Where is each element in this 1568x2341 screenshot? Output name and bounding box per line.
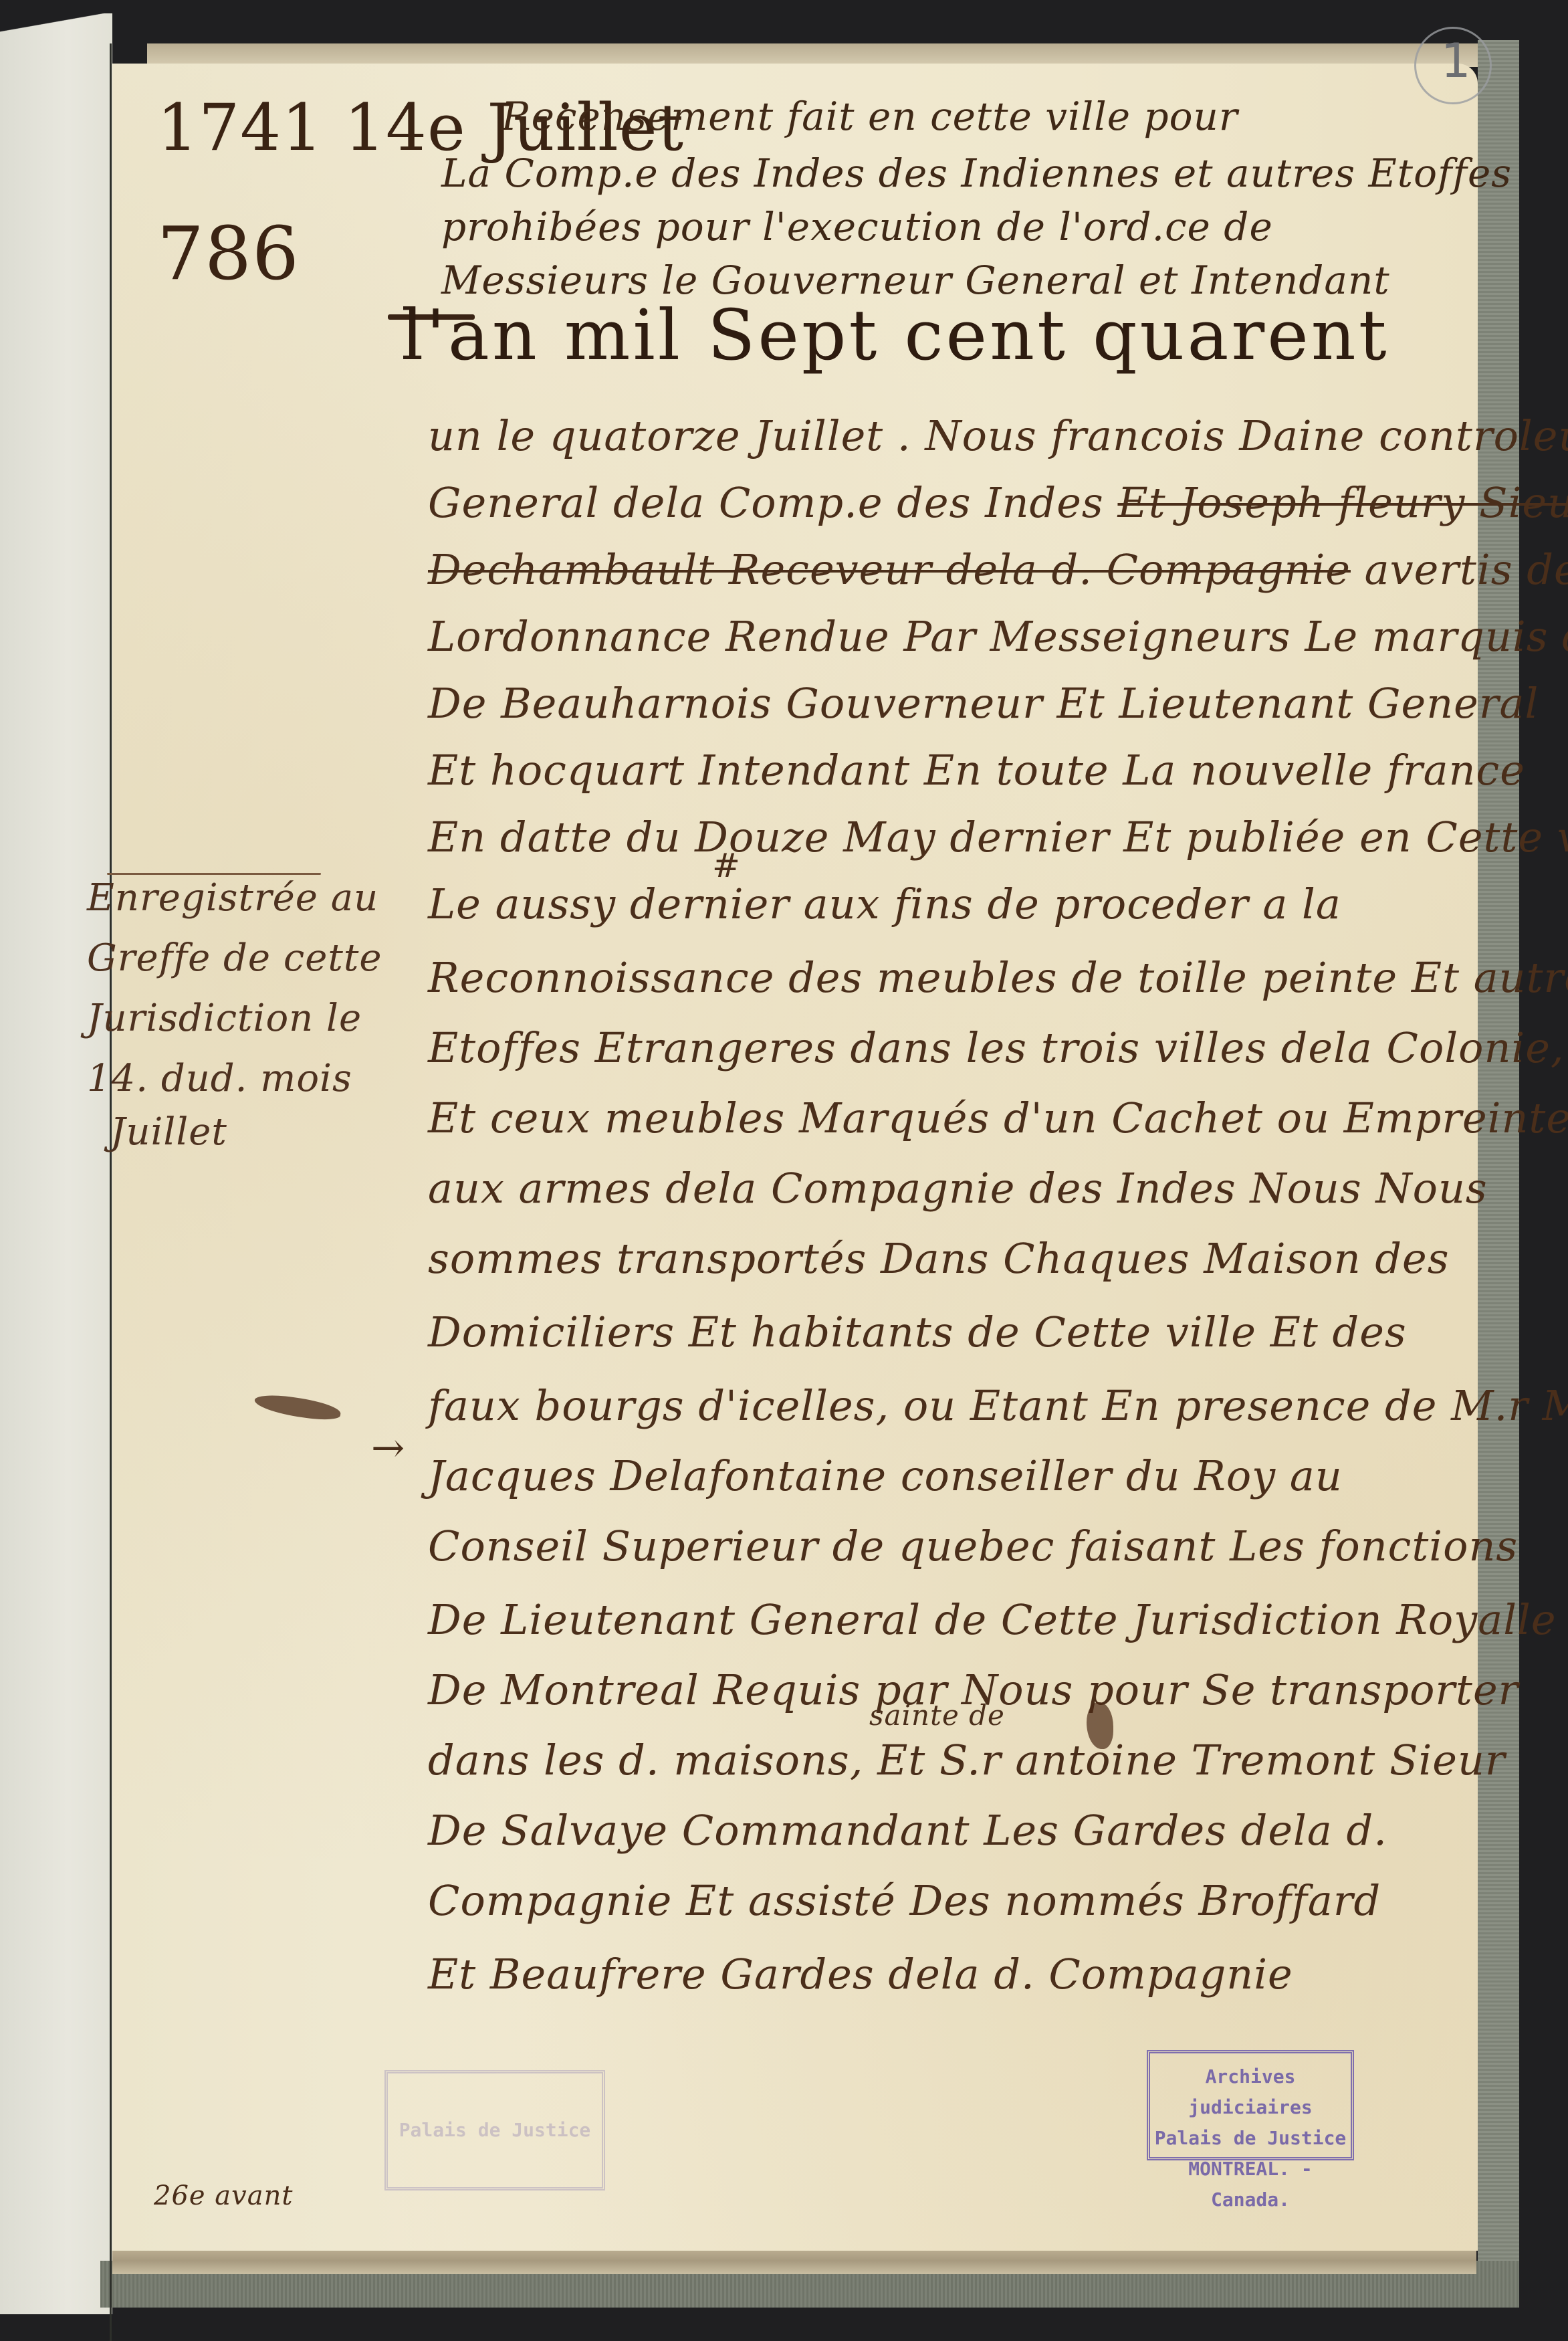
body-line: sommes transportés Dans Chaques Maison d… [428, 1234, 1450, 1283]
margin-note-line: Juillet [110, 1110, 227, 1154]
page-stack-edge-bottom [112, 2247, 1476, 2274]
body-line: Le aussy dernier aux fins de proceder a … [428, 880, 1341, 928]
body-line: aux armes dela Compagnie des Indes Nous … [428, 1164, 1488, 1213]
body-line: De Beauharnois Gouverneur Et Lieutenant … [428, 679, 1539, 728]
body-line: Jacques Delafontaine conseiller du Roy a… [428, 1451, 1343, 1500]
document-title: l'an mil Sept cent quarent [401, 294, 1389, 376]
stamp-line: MONTREAL. - Canada. [1150, 2154, 1351, 2215]
margin-note-rule [107, 873, 321, 875]
body-line: Conseil Superieur de quebec faisant Les … [428, 1522, 1518, 1570]
body-line: De Salvaye Commandant Les Gardes dela d. [428, 1806, 1387, 1855]
margin-note-line: 14. dud. mois [87, 1057, 352, 1100]
body-line: Et hocquart Intendant En toute La nouvel… [428, 746, 1525, 795]
body-line: En datte du Douze May dernier Et publiée… [428, 813, 1568, 861]
archives-stamp: Archives judiciaires Palais de Justice M… [1147, 2050, 1354, 2160]
register-number: 786 [157, 211, 300, 296]
body-line: Lordonnance Rendue Par Messeigneurs Le m… [428, 612, 1568, 661]
body-line: Et ceux meubles Marqués d'un Cachet ou E… [428, 1094, 1568, 1142]
body-line: General dela Comp.e des Indes Et Joseph … [428, 478, 1568, 527]
body-line: faux bourgs d'icelles, ou Etant En prese… [428, 1381, 1568, 1430]
body-line: De Lieutenant General de Cette Jurisdict… [428, 1595, 1557, 1644]
body-line: Etoffes Etrangeres dans les trois villes… [428, 1023, 1565, 1072]
faint-stamp-offset: Palais de Justice [384, 2070, 605, 2191]
header-line: La Comp.e des Indes des Indiennes et aut… [441, 150, 1512, 196]
body-line: Domiciliers Et habitants de Cette ville … [428, 1308, 1407, 1356]
arrow-mark-icon: → [371, 1425, 405, 1471]
body-line: Dechambault Receveur dela d. Compagnie a… [428, 545, 1568, 594]
margin-note-line: Jurisdiction le [87, 997, 362, 1040]
margin-note-line: Greffe de cette [87, 936, 382, 980]
struck-text: Dechambault Receveur dela d. Compagnie [428, 545, 1351, 594]
header-line: Recensement fait en cette ville pour [501, 94, 1238, 139]
folio-number: 1 [1441, 33, 1471, 88]
body-line: dans les d. maisons, Et S.r antoine Trem… [428, 1736, 1506, 1785]
body-line: Reconnoissance des meubles de toille pei… [428, 953, 1568, 1002]
interlinear-insertion: sainte de [869, 1699, 1005, 1732]
body-line: Compagnie Et assisté Des nommés Broffard [428, 1876, 1381, 1925]
body-line: un le quatorze Juillet . Nous francois D… [428, 411, 1568, 460]
stamp-line: Archives judiciaires [1150, 2061, 1351, 2123]
facing-page [0, 13, 112, 2314]
struck-text: Et Joseph fleury Sieur [1117, 478, 1568, 527]
body-line-text: avertis de [1351, 545, 1568, 594]
bottom-margin-note: 26e avant [154, 2180, 293, 2211]
body-line: Et Beaufrere Gardes dela d. Compagnie [428, 1950, 1293, 1999]
margin-note-line: Enregistrée au [87, 876, 378, 920]
stamp-line: Palais de Justice [1150, 2123, 1351, 2154]
body-line-text: General dela Comp.e des Indes [428, 478, 1117, 527]
gutter-line [110, 43, 112, 2341]
header-line: prohibées pour l'execution de l'ord.ce d… [441, 204, 1273, 249]
